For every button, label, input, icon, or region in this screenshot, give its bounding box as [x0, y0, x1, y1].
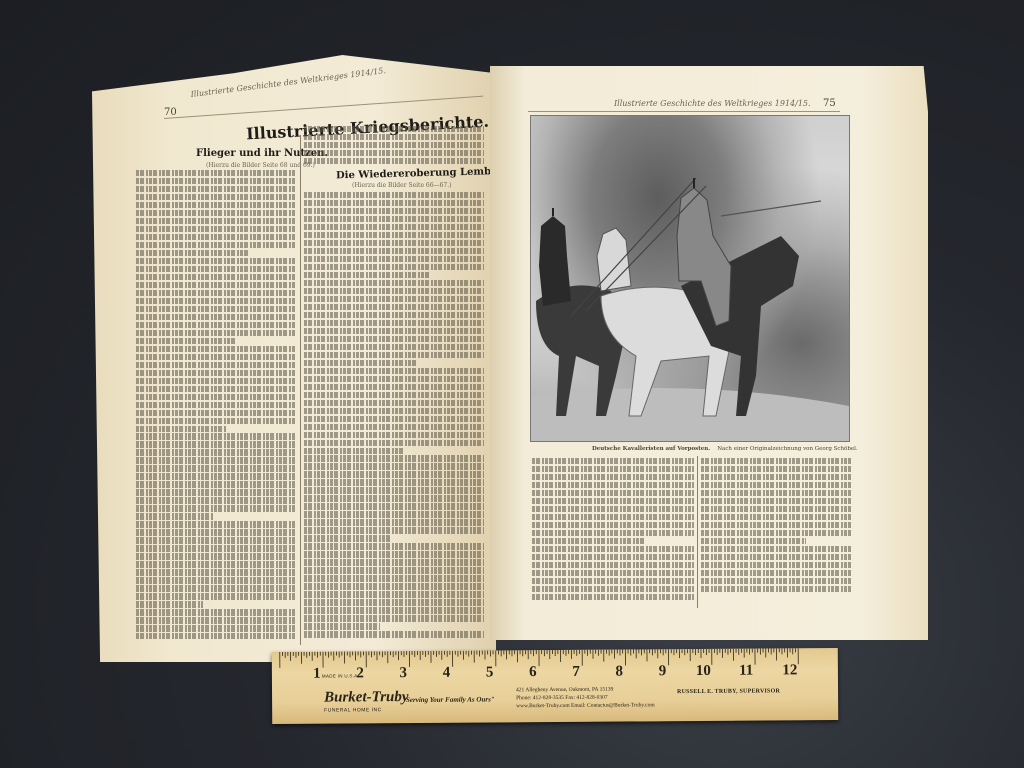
text-line: [304, 591, 484, 597]
text-line: [532, 482, 694, 488]
text-line: [136, 521, 296, 527]
text-line: [304, 575, 484, 581]
text-line: [304, 360, 417, 366]
article-subtitle-flieger: (Hierzu die Bilder Seite 68 und 69.): [206, 162, 315, 169]
caption-credit: Nach einer Originalzeichnung von Georg S…: [717, 446, 857, 452]
ruler-supervisor: RUSSELL E. TRUBY, SUPERVISOR: [677, 688, 780, 695]
text-line: [136, 426, 226, 432]
text-line: [136, 585, 296, 591]
cavalry-illustration: [530, 115, 850, 442]
text-line: [136, 529, 296, 535]
text-line: [136, 354, 296, 360]
text-line: [136, 601, 203, 607]
text-line: [701, 562, 851, 568]
left-column-text: [136, 170, 296, 645]
text-line: [304, 424, 484, 430]
text-line: [304, 623, 380, 629]
text-line: [304, 551, 484, 557]
right-header-rule: [528, 111, 840, 112]
text-line: [532, 562, 694, 568]
text-line: [532, 466, 694, 472]
text-line: [304, 134, 484, 140]
text-line: [304, 328, 484, 334]
text-line: [304, 631, 484, 637]
text-line: [136, 410, 296, 416]
ruler-number: 6: [529, 664, 537, 681]
right-page-number: 75: [823, 98, 836, 109]
text-line: [136, 577, 296, 583]
right-column-text: [304, 126, 484, 166]
right-page-column-1: [532, 458, 694, 608]
ruler-number: 10: [696, 663, 711, 680]
text-line: [304, 543, 484, 549]
text-line: [136, 210, 296, 216]
text-line: [136, 314, 296, 320]
text-line: [532, 514, 694, 520]
ruler-slogan: "Serving Your Family As Ours": [402, 695, 495, 704]
text-line: [532, 586, 694, 592]
text-line: [136, 378, 296, 384]
text-line: [304, 240, 484, 246]
text-line: [304, 599, 484, 605]
ruler-number: 4: [443, 665, 451, 682]
text-line: [701, 538, 806, 544]
text-line: [532, 458, 694, 464]
text-line: [136, 481, 296, 487]
text-line: [136, 561, 296, 567]
text-line: [136, 322, 296, 328]
text-line: [136, 545, 296, 551]
text-line: [701, 514, 851, 520]
text-line: [701, 554, 851, 560]
text-line: [701, 506, 851, 512]
text-line: [304, 503, 484, 509]
text-line: [532, 546, 694, 552]
wooden-ruler: 123456789101112 MADE IN U.S.A. Burket-Tr…: [272, 648, 838, 724]
text-line: [136, 553, 296, 559]
text-line: [701, 490, 851, 496]
text-line: [136, 433, 296, 439]
text-line: [304, 336, 484, 342]
ruler-brand: Burket-Truby: [324, 689, 409, 707]
text-line: [304, 126, 484, 132]
text-line: [136, 250, 248, 256]
text-line: [304, 471, 484, 477]
text-line: [136, 178, 296, 184]
text-line: [136, 617, 296, 623]
text-line: [136, 449, 296, 455]
text-line: [304, 320, 484, 326]
text-line: [701, 586, 851, 592]
text-line: [701, 474, 851, 480]
text-line: [136, 625, 296, 631]
text-line: [136, 465, 296, 471]
article-subtitle-lemberg: (Hierzu die Bilder Seite 66—67.): [352, 182, 451, 189]
text-line: [304, 567, 484, 573]
text-line: [304, 256, 484, 262]
text-line: [136, 282, 296, 288]
text-line: [304, 344, 484, 350]
text-line: [701, 530, 851, 536]
text-line: [304, 142, 484, 148]
text-line: [136, 473, 296, 479]
text-line: [304, 615, 484, 621]
text-line: [304, 376, 484, 382]
right-running-head: Illustrierte Geschichte des Weltkrieges …: [614, 99, 811, 108]
text-line: [532, 554, 694, 560]
text-line: [136, 418, 296, 424]
text-line: [532, 522, 694, 528]
ruler-web: www.Burket-Truby.com Email: Contactus@Bu…: [516, 701, 655, 710]
text-line: [304, 232, 484, 238]
text-line: [136, 505, 296, 511]
text-line: [532, 506, 694, 512]
ruler-number: 7: [572, 664, 580, 681]
text-line: [532, 474, 694, 480]
text-line: [701, 458, 851, 464]
text-line: [304, 304, 484, 310]
text-line: [136, 386, 296, 392]
text-line: [701, 482, 851, 488]
text-line: [136, 306, 296, 312]
text-line: [136, 274, 296, 280]
text-line: [304, 272, 430, 278]
text-line: [304, 479, 484, 485]
ruler-number: 9: [659, 663, 667, 680]
ruler-number: 11: [739, 663, 753, 680]
right-column-text-lemberg: [304, 192, 484, 644]
text-line: [136, 258, 296, 264]
text-line: [701, 522, 851, 528]
ruler-number: 5: [486, 664, 494, 681]
text-line: [701, 498, 851, 504]
text-line: [136, 298, 296, 304]
text-line: [304, 216, 484, 222]
text-line: [304, 583, 484, 589]
text-line: [304, 487, 484, 493]
text-line: [304, 280, 484, 286]
text-line: [136, 370, 296, 376]
text-line: [304, 448, 405, 454]
text-line: [304, 288, 484, 294]
text-line: [136, 402, 296, 408]
text-line: [136, 186, 296, 192]
text-line: [136, 170, 296, 176]
ruler-number: 1: [313, 666, 321, 683]
text-line: [136, 330, 296, 336]
text-line: [304, 416, 484, 422]
text-line: [136, 633, 296, 639]
text-line: [304, 200, 484, 206]
text-line: [304, 392, 484, 398]
text-line: [701, 578, 851, 584]
text-line: [532, 490, 694, 496]
text-line: [304, 150, 484, 156]
right-page-column-divider: [697, 456, 698, 608]
text-line: [304, 158, 484, 164]
text-line: [701, 570, 851, 576]
text-line: [136, 242, 296, 248]
text-line: [304, 208, 484, 214]
caption-title: Deutsche Kavalleristen auf Vorposten.: [592, 446, 710, 452]
text-line: [136, 457, 296, 463]
text-line: [532, 594, 694, 600]
text-line: [136, 226, 296, 232]
text-line: [304, 607, 484, 613]
text-line: [532, 538, 645, 544]
text-line: [304, 400, 484, 406]
text-line: [304, 535, 392, 541]
text-line: [136, 202, 296, 208]
ruler-number: 8: [615, 664, 623, 681]
text-line: [304, 519, 484, 525]
text-line: [532, 578, 694, 584]
text-line: [304, 527, 484, 533]
text-line: [304, 408, 484, 414]
text-line: [532, 498, 694, 504]
text-line: [136, 537, 296, 543]
ruler-contact: 421 Allegheny Avenue, Oakmont, PA 15139 …: [516, 685, 655, 710]
text-line: [136, 569, 296, 575]
text-line: [304, 264, 484, 270]
text-line: [701, 546, 851, 552]
text-line: [532, 570, 694, 576]
text-line: [304, 192, 484, 198]
text-line: [304, 511, 484, 517]
left-column-divider: [300, 135, 301, 645]
text-line: [304, 463, 484, 469]
ruler-made-in: MADE IN U.S.A.: [322, 673, 359, 678]
text-line: [136, 218, 296, 224]
text-line: [304, 495, 484, 501]
text-line: [136, 513, 214, 519]
text-line: [701, 466, 851, 472]
cavalry-drawing-icon: [531, 116, 849, 441]
text-line: [136, 593, 296, 599]
text-line: [304, 559, 484, 565]
text-line: [136, 234, 296, 240]
text-line: [136, 394, 296, 400]
text-line: [304, 248, 484, 254]
illustration-caption: Deutsche Kavalleristen auf Vorposten. Na…: [592, 446, 858, 452]
ruler-brand-sub: FUNERAL HOME INC: [324, 707, 382, 713]
text-line: [304, 352, 484, 358]
ruler-number: 12: [782, 662, 797, 679]
text-line: [136, 362, 296, 368]
ruler-number: 3: [399, 665, 407, 682]
text-line: [136, 194, 296, 200]
right-page-column-2: [701, 458, 851, 594]
text-line: [304, 312, 484, 318]
text-line: [304, 384, 484, 390]
text-line: [304, 296, 484, 302]
text-line: [136, 609, 296, 615]
text-line: [136, 338, 237, 344]
text-line: [304, 224, 484, 230]
text-line: [532, 530, 694, 536]
text-line: [136, 497, 296, 503]
text-line: [304, 455, 484, 461]
text-line: [304, 432, 484, 438]
text-line: [136, 346, 296, 352]
text-line: [136, 290, 296, 296]
text-line: [136, 489, 296, 495]
text-line: [136, 266, 296, 272]
text-line: [304, 440, 484, 446]
text-line: [304, 368, 484, 374]
text-line: [136, 441, 296, 447]
